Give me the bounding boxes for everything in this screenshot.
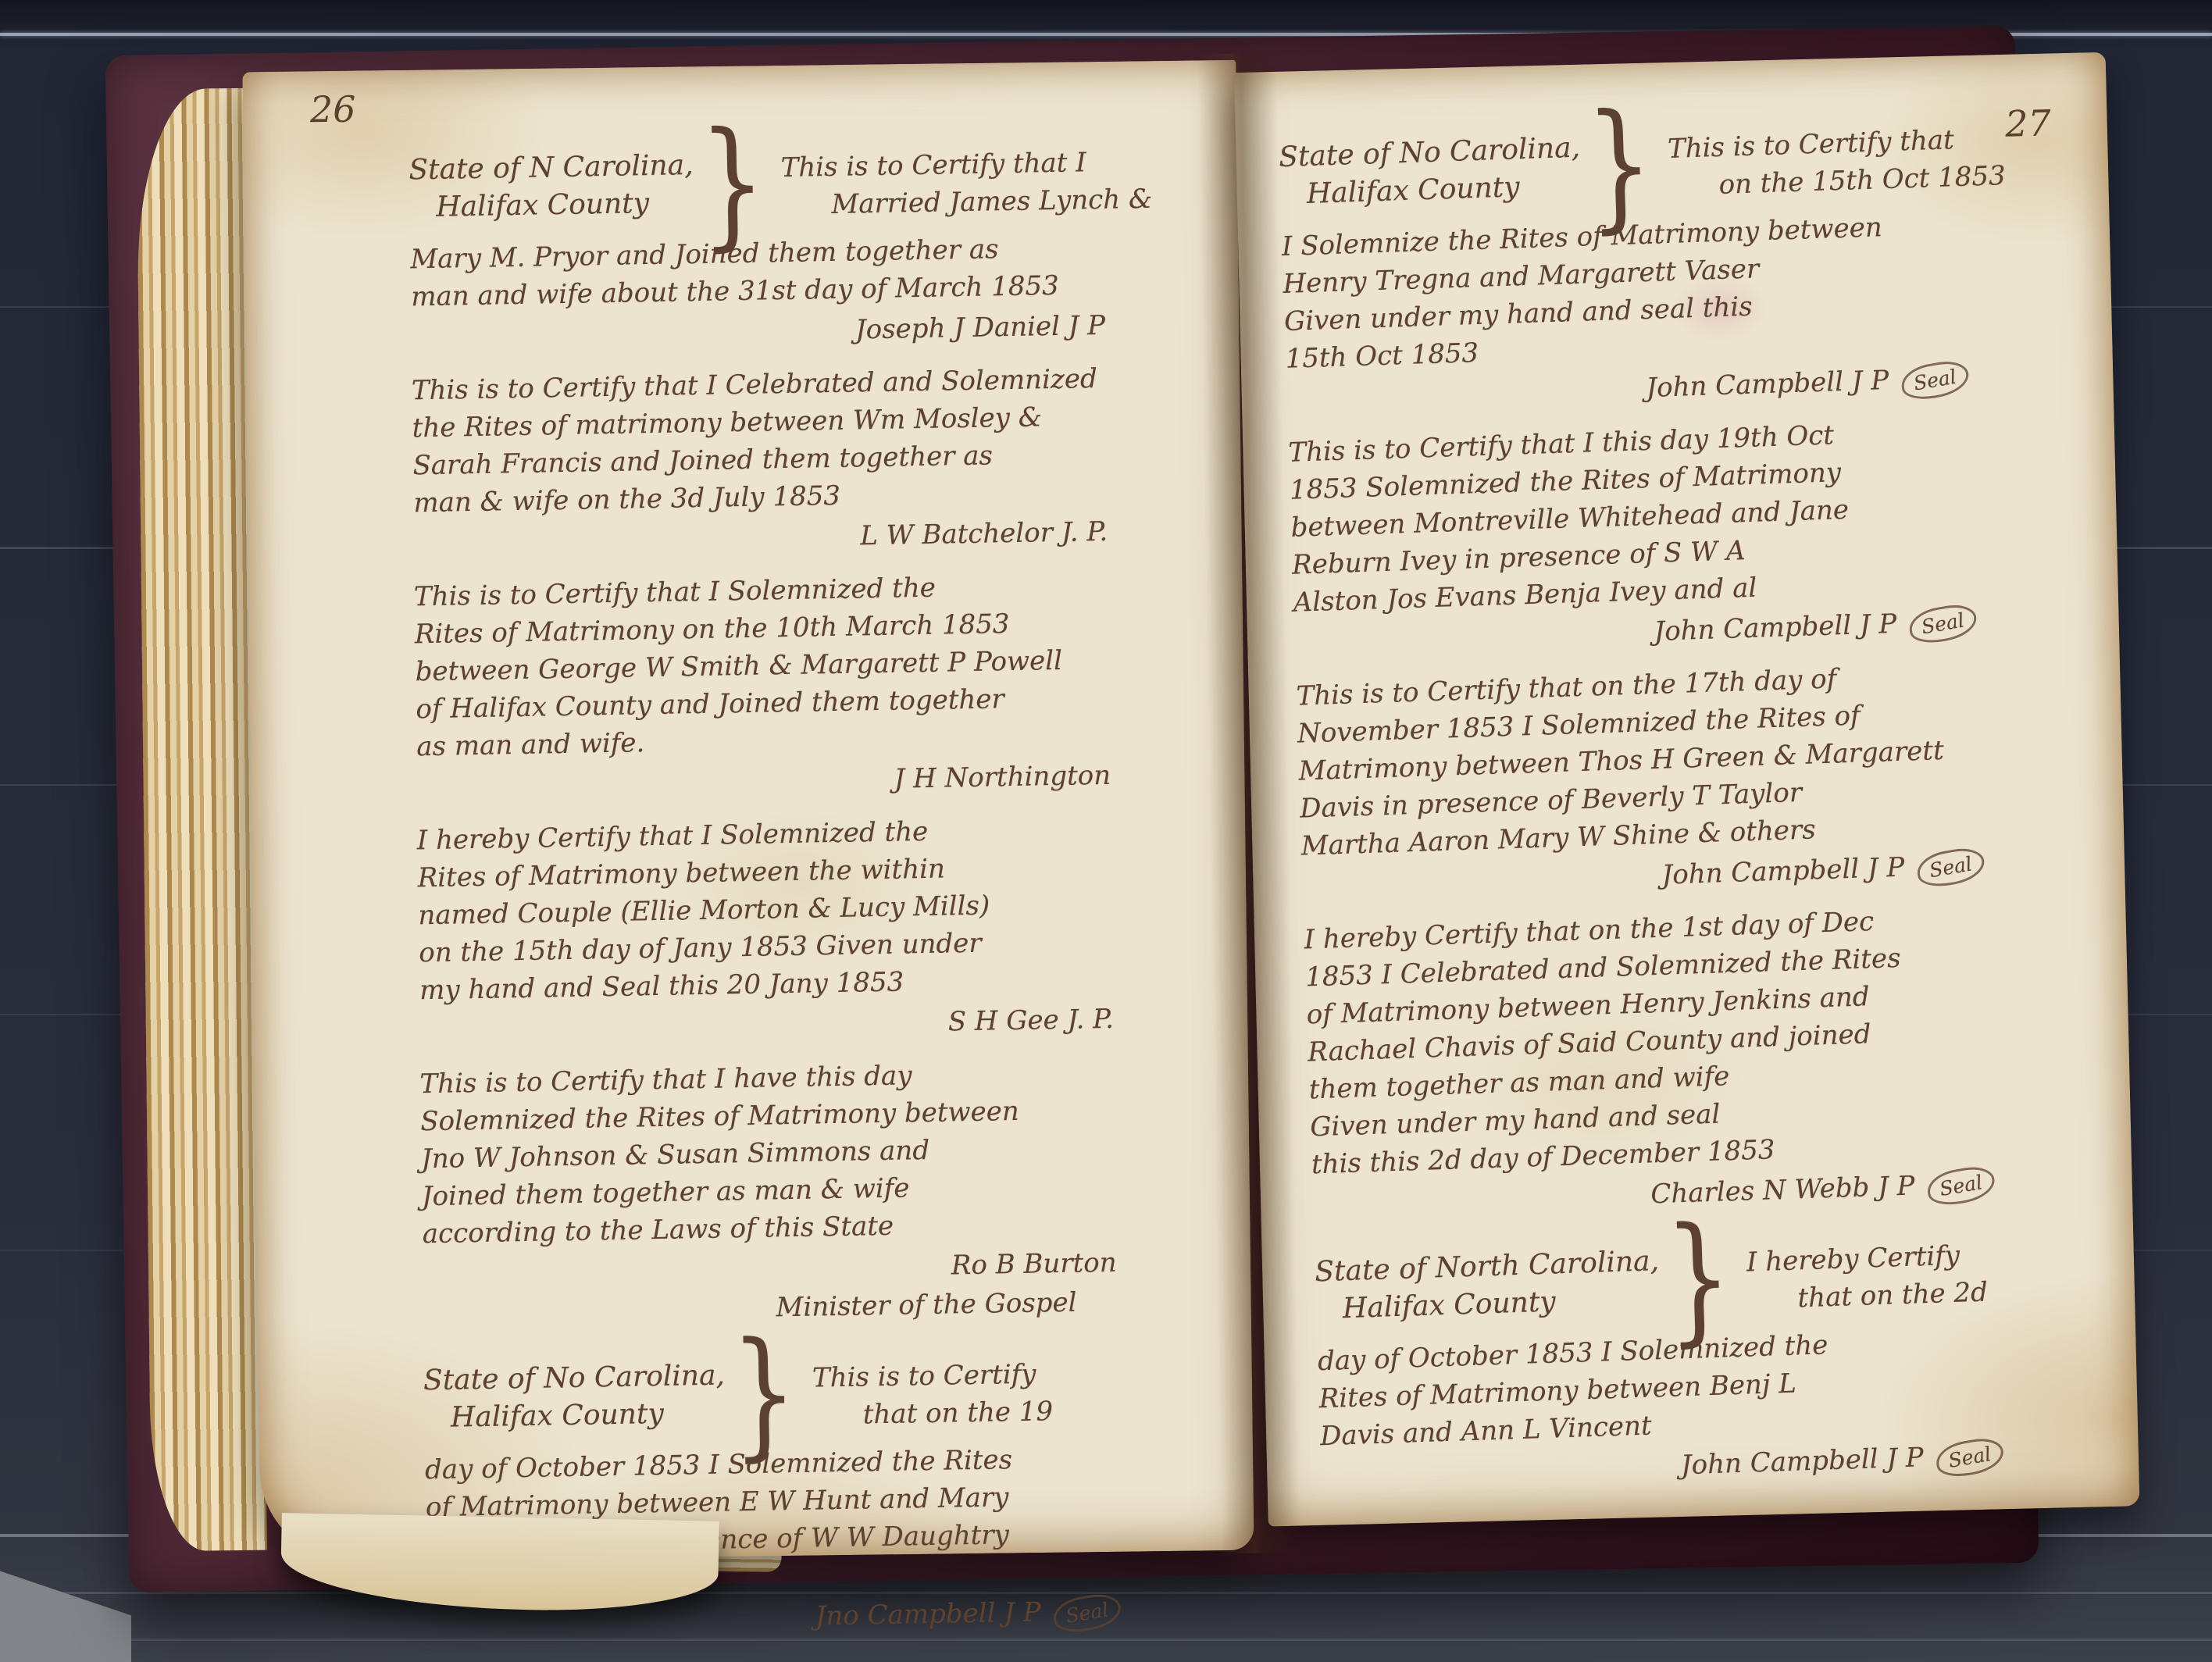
signature-name: Joseph J Daniel J P — [855, 310, 1106, 346]
seal-stamp: Seal — [1051, 1591, 1124, 1635]
left-page-entries: State of N Carolina,Halifax County}This … — [242, 60, 1254, 1562]
signature-name: John Campbell J P — [1646, 365, 1889, 404]
brace-glyph: } — [1664, 1208, 1734, 1350]
signature-name: John Campbell J P — [1680, 1442, 1924, 1481]
jurisdiction-heading: State of North Carolina,Halifax County — [1315, 1243, 1661, 1329]
signature-name: J H Northington — [894, 760, 1111, 795]
jurisdiction-heading: State of No Carolina,Halifax County — [423, 1357, 726, 1438]
entry-side-lines: I hereby Certifythat on the 2d — [1746, 1229, 1989, 1319]
signature: Ro B BurtonMinister of the Gospel — [423, 1243, 1210, 1333]
seal-stamp: Seal — [1899, 358, 1971, 403]
register-entry: I hereby Certify that I Solemnized theRi… — [416, 808, 1206, 1050]
entry-heading: State of No Carolina,Halifax County}This… — [423, 1335, 1210, 1452]
signature-name: Jno Campbell J P — [815, 1597, 1041, 1632]
jurisdiction-heading-line: Halifax County — [1306, 167, 1582, 213]
left-page: 26 State of N Carolina,Halifax County}Th… — [242, 60, 1254, 1562]
entry-line: that on the 2d — [1797, 1274, 1989, 1318]
signature-name: L W Batchelor J. P. — [860, 516, 1108, 552]
register-entry: I hereby Certify that on the 1st day of … — [1304, 897, 2088, 1225]
register-entry: This is to Certify that I Solemnized the… — [414, 565, 1204, 807]
jurisdiction-heading: State of N Carolina,Halifax County — [409, 147, 694, 226]
brace-glyph: } — [698, 113, 766, 254]
entry-line: This is to Certify that I — [780, 143, 1152, 187]
register-entry: State of North Carolina,Halifax County}I… — [1314, 1214, 2096, 1496]
signature-name: John Campbell J P — [1654, 608, 1897, 647]
jurisdiction-heading-line: State of N Carolina, — [409, 147, 694, 189]
brace-glyph: } — [730, 1324, 798, 1464]
photo-background: 26 State of N Carolina,Halifax County}Th… — [0, 0, 2212, 1662]
right-page-entries: State of No Carolina,Halifax County}This… — [1228, 48, 2146, 1530]
register-entry: This is to Certify that on the 17th day … — [1296, 653, 2078, 906]
signature-name: Ro B Burton — [951, 1247, 1117, 1282]
seal-stamp: Seal — [1914, 845, 1987, 890]
entry-side-lines: This is to Certify thaton the 15th Oct 1… — [1667, 112, 2006, 205]
jurisdiction-heading: State of No Carolina,Halifax County — [1279, 130, 1582, 214]
jurisdiction-heading-line: Halifax County — [451, 1395, 726, 1437]
brace-glyph: } — [1585, 95, 1655, 237]
signature: Jno Campbell J PSeal — [427, 1591, 1214, 1642]
entry-side-lines: This is to Certify that IMarried James L… — [780, 135, 1153, 224]
entry-side-lines: This is to Certifythat on the 19 — [812, 1347, 1053, 1434]
marriage-register-book: 26 State of N Carolina,Halifax County}Th… — [105, 26, 2039, 1592]
shelf-groove-line — [0, 1639, 2212, 1641]
entry-line: that on the 19 — [862, 1393, 1053, 1433]
register-entry: State of No Carolina,Halifax County}This… — [1278, 100, 2062, 419]
jurisdiction-heading-line: State of No Carolina, — [423, 1357, 726, 1400]
signature-name: John Campbell J P — [1661, 852, 1905, 891]
register-entry: This is to Certify that I have this dayS… — [419, 1052, 1210, 1333]
entry-heading: State of N Carolina,Halifax County}This … — [409, 124, 1196, 241]
register-entry: This is to Certify that I Celebrated and… — [411, 358, 1200, 563]
jurisdiction-heading-line: Halifax County — [436, 184, 694, 226]
seal-stamp: Seal — [1934, 1435, 2007, 1480]
right-page: 27 State of No Carolina,Halifax County}T… — [1234, 52, 2140, 1527]
register-entry: State of No Carolina,Halifax County}This… — [423, 1335, 1213, 1642]
entry-line: Married James Lynch & — [831, 180, 1153, 223]
register-entry: State of N Carolina,Halifax County}This … — [409, 124, 1198, 357]
entry-line: This is to Certify — [812, 1355, 1053, 1396]
register-entry: This is to Certify that I this day 19th … — [1288, 409, 2070, 662]
seal-stamp: Seal — [1925, 1163, 1997, 1208]
shelf-corner-highlight — [0, 1551, 131, 1662]
signature-name: S H Gee J. P. — [947, 1004, 1114, 1038]
seal-stamp: Seal — [1907, 601, 1979, 647]
